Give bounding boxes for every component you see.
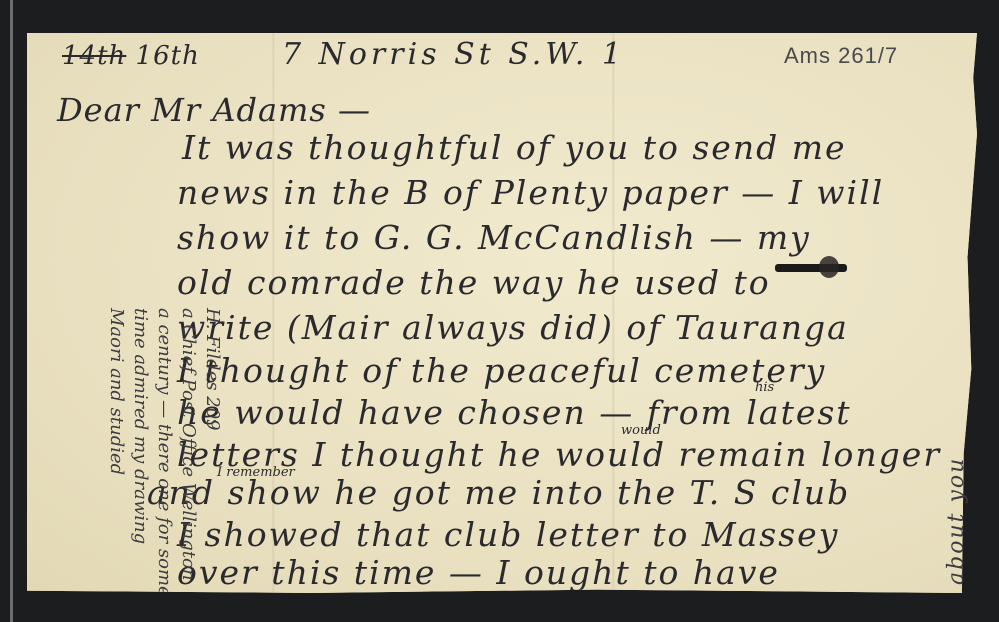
body-line-5: write (Mair always did) of Tauranga	[177, 308, 849, 347]
corrected-date: 16th	[136, 41, 200, 71]
right-margin-note: about you	[944, 457, 969, 585]
body-line-2: news in the B of Plenty paper — I will	[177, 173, 884, 212]
body-line-1: It was thoughtful of you to send me	[182, 128, 847, 167]
margin-note-line: a century — there one for some	[152, 308, 176, 608]
margin-note-line: a Chief Post Office Wellington	[176, 308, 200, 608]
sender-address: 7 Norris St S.W. 1	[282, 37, 625, 72]
margin-note-line: time admired my drawing	[128, 308, 152, 608]
body-line-10: I showed that club letter to Massey	[177, 515, 839, 554]
body-line-11: over this time — I ought to have	[177, 553, 780, 592]
salutation: Dear Mr Adams —	[57, 91, 371, 129]
body-line-12: written you, long ago — I did to E. Best	[177, 589, 918, 622]
body-line-9: and show he got me into the T. S club	[147, 473, 850, 512]
body-line-3: show it to G. G. McCandlish — my	[177, 218, 811, 257]
struck-date: 14th	[62, 41, 126, 71]
margin-note-line: Maori and studied	[104, 308, 128, 608]
left-margin-note: H. Fildes 209 a Chief Post Office Wellin…	[84, 308, 224, 608]
letter-date: 14th 16th	[62, 41, 200, 71]
body-line-6: I thought of the peaceful cemetery	[177, 351, 826, 390]
body-line-7: he would have chosen — from latest	[177, 393, 852, 432]
body-line-4: old comrade the way he used to	[177, 263, 771, 302]
catalog-number: Ams 261/7	[784, 43, 898, 69]
margin-note-line: H. Fildes 209	[200, 308, 224, 608]
ink-blot	[775, 264, 847, 272]
letter-paper: 14th 16th 7 Norris St S.W. 1 Ams 261/7 D…	[27, 33, 977, 593]
mount-edge-strip	[10, 0, 13, 622]
